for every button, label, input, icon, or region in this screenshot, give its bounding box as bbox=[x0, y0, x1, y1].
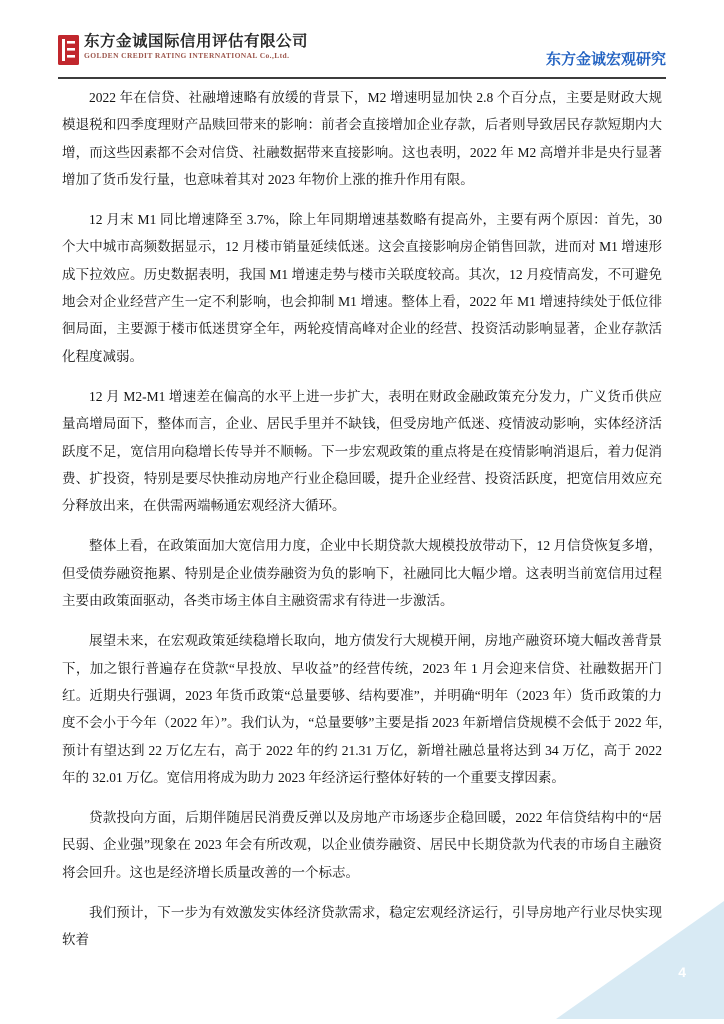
company-name-en: GOLDEN CREDIT RATING INTERNATIONAL Co.,L… bbox=[84, 52, 308, 60]
page-header: 东方金诚国际信用评估有限公司 GOLDEN CREDIT RATING INTE… bbox=[58, 34, 666, 79]
report-series-title: 东方金诚宏观研究 bbox=[546, 48, 666, 70]
company-name-block: 东方金诚国际信用评估有限公司 GOLDEN CREDIT RATING INTE… bbox=[84, 34, 308, 60]
report-page: 东方金诚国际信用评估有限公司 GOLDEN CREDIT RATING INTE… bbox=[0, 0, 724, 1024]
paragraph-m2-m1-gap: 12 月 M2-M1 增速差在偏高的水平上进一步扩大，表明在财政金融政策充分发力… bbox=[62, 383, 662, 519]
paragraph-forecast: 我们预计，下一步为有效激发实体经济贷款需求，稳定宏观经济运行，引导房地产行业尽快… bbox=[62, 899, 662, 954]
paragraph-loan-structure: 贷款投向方面，后期伴随居民消费反弹以及房地产市场逐步企稳回暖，2022 年信贷结… bbox=[62, 804, 662, 886]
paragraph-m1-growth: 12 月末 M1 同比增速降至 3.7%，除上年同期增速基数略有提高外，主要有两… bbox=[62, 206, 662, 370]
company-logo: 东方金诚国际信用评估有限公司 GOLDEN CREDIT RATING INTE… bbox=[58, 34, 308, 70]
company-seal-icon bbox=[58, 35, 79, 70]
page-number: 4 bbox=[678, 964, 686, 980]
paragraph-m2-growth: 2022 年在信贷、社融增速略有放缓的背景下，M2 增速明显加快 2.8 个百分… bbox=[62, 84, 662, 193]
document-body: 2022 年在信贷、社融增速略有放缓的背景下，M2 增速明显加快 2.8 个百分… bbox=[62, 84, 662, 967]
paragraph-credit-policy: 整体上看，在政策面加大宽信用力度，企业中长期贷款大规模投放带动下，12 月信贷恢… bbox=[62, 532, 662, 614]
company-name-cn: 东方金诚国际信用评估有限公司 bbox=[84, 34, 308, 50]
paragraph-outlook: 展望未来，在宏观政策延续稳增长取向，地方债发行大规模开闸，房地产融资环境大幅改善… bbox=[62, 627, 662, 791]
